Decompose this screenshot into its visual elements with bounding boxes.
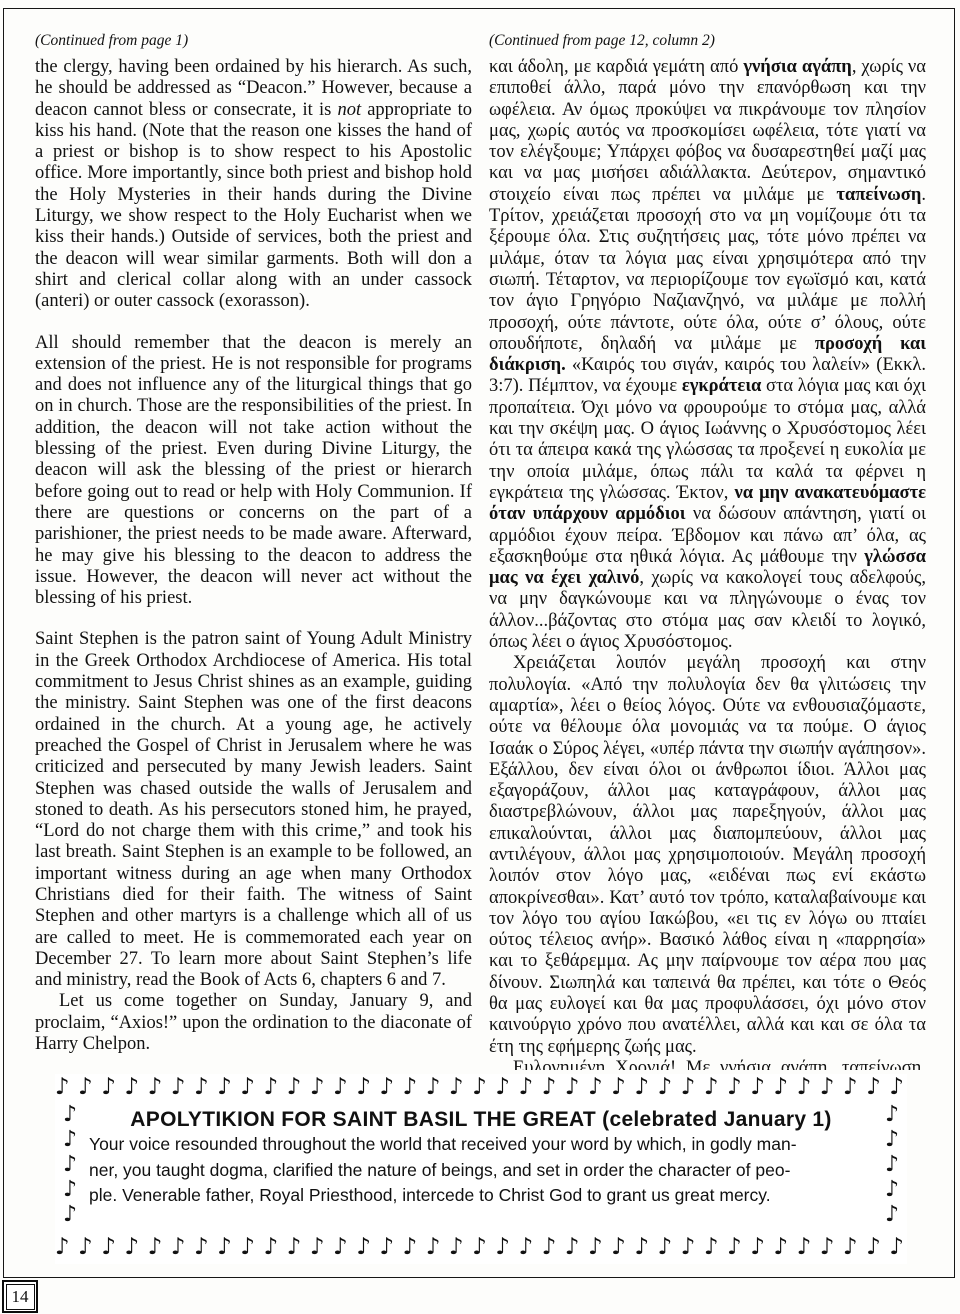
apolytikion-content: APOLYTIKION FOR SAINT BASIL THE GREAT (c… [85,1102,877,1234]
right-column-greek: (Continued from page 12, column 2) και ά… [489,32,926,1070]
text-run: Χρειάζεται λοιπόν μεγάλη προσοχή και στη… [489,653,926,1056]
text-run: Let us come together on Sunday, January … [35,991,472,1054]
text-run: και άδολη, με καρδιά γεμάτη από [489,57,743,77]
text-run: Ευλογημένη Χρονιά! Με γνήσια αγάπη, ταπε… [489,1058,926,1070]
greek-paragraph-3: Ευλογημένη Χρονιά! Με γνήσια αγάπη, ταπε… [489,1058,926,1070]
apolytikion-line-1: Your voice resounded throughout the worl… [89,1132,873,1158]
text-run: All should remember that the deacon is m… [35,333,472,609]
english-paragraph-1: the clergy, having been ordained by his … [35,57,472,313]
text-run: γνήσια αγάπη [743,57,851,77]
text-run: appropriate to kiss his hand. (Note that… [35,100,472,312]
left-column-english: (Continued from page 1) the clergy, havi… [35,32,472,1070]
apolytikion-title: APOLYTIKION FOR SAINT BASIL THE GREAT (c… [89,1108,873,1132]
note-border-left: ♪ ♪ ♪ ♪ ♪ [55,1102,85,1234]
two-column-body: (Continued from page 1) the clergy, havi… [35,32,927,1070]
apolytikion-mid: ♪ ♪ ♪ ♪ ♪ APOLYTIKION FOR SAINT BASIL TH… [55,1102,907,1234]
english-paragraph-3: Saint Stephen is the patron saint of You… [35,629,472,991]
text-run: Saint Stephen is the patron saint of You… [35,629,472,990]
apolytikion-line-3: ple. Venerable father, Royal Priesthood,… [89,1183,873,1209]
newsletter-page: (Continued from page 1) the clergy, havi… [0,0,960,1314]
apolytikion-line-2: ner, you taught dogma, clarified the nat… [89,1158,873,1184]
note-border-bottom: ♪♪♪♪♪♪♪♪♪♪♪♪♪♪♪♪♪♪♪♪♪♪♪♪♪♪♪♪♪♪♪♪♪♪♪♪♪♪♪♪… [55,1234,907,1262]
text-run: . Τρίτον, χρειάζεται προσοχή στο να μη ν… [489,185,926,354]
greek-paragraph-1: και άδολη, με καρδιά γεμάτη από γνήσια α… [489,57,926,653]
note-border-top: ♪♪♪♪♪♪♪♪♪♪♪♪♪♪♪♪♪♪♪♪♪♪♪♪♪♪♪♪♪♪♪♪♪♪♪♪♪♪♪♪… [55,1074,907,1102]
note-border-right: ♪ ♪ ♪ ♪ ♪ [877,1102,907,1234]
page-number: 14 [6,1284,35,1310]
text-run: ταπείνωση [836,185,921,205]
text-run: not [337,100,361,120]
greek-paragraph-2: Χρειάζεται λοιπόν μεγάλη προσοχή και στη… [489,653,926,1058]
apolytikion-box: ♪♪♪♪♪♪♪♪♪♪♪♪♪♪♪♪♪♪♪♪♪♪♪♪♪♪♪♪♪♪♪♪♪♪♪♪♪♪♪♪… [55,1074,907,1264]
continued-from-note-right: (Continued from page 12, column 2) [489,32,926,50]
text-run: εγκράτεια [682,376,762,396]
english-paragraph-2: All should remember that the deacon is m… [35,333,472,610]
text-run: , χωρίς να επιποθεί άλλο, παρά μόνο την … [489,57,926,205]
page-number-box: 14 [2,1280,38,1313]
continued-from-note-left: (Continued from page 1) [35,32,472,50]
english-paragraph-4: Let us come together on Sunday, January … [35,991,472,1055]
